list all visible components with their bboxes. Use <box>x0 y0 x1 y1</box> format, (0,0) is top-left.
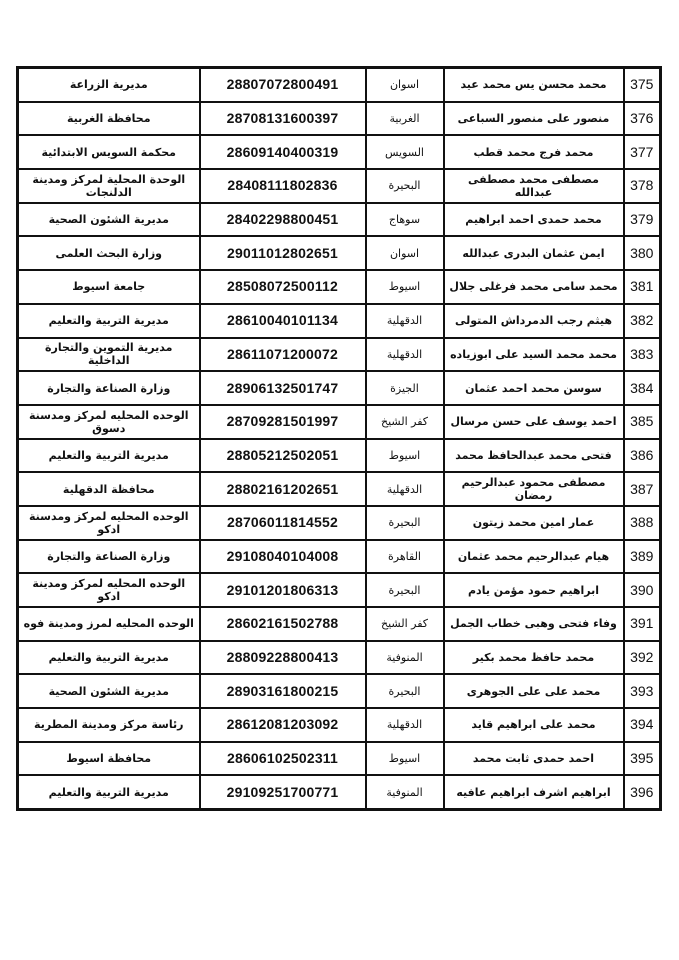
national-id-cell: 28606102502311 <box>200 742 366 776</box>
row-number-cell: 393 <box>624 674 661 708</box>
person-name-cell: مصطفى محمد مصطفى عبدالله <box>444 169 624 203</box>
national-id-cell: 28612081203092 <box>200 708 366 742</box>
organization-cell: مديرية التموين والتجارة الداخلية <box>18 338 200 372</box>
person-name-cell: محمد سامى محمد فرغلى جلال <box>444 270 624 304</box>
row-number-cell: 378 <box>624 169 661 203</box>
national-id-cell: 28508072500112 <box>200 270 366 304</box>
national-id-cell: 28402298800451 <box>200 203 366 237</box>
table-row: 389هيام عبدالرحيم محمد عثمانالقاهرة29108… <box>18 540 661 574</box>
row-number-cell: 385 <box>624 405 661 439</box>
governorate-cell: البحيرة <box>366 506 444 540</box>
governorate-cell: الدقهلية <box>366 708 444 742</box>
governorate-cell: الجيزة <box>366 371 444 405</box>
governorate-cell: البحيرة <box>366 674 444 708</box>
organization-cell: مديرية الزراعة <box>18 68 200 102</box>
row-number-cell: 376 <box>624 102 661 136</box>
table-row: 381محمد سامى محمد فرغلى جلالاسيوط2850807… <box>18 270 661 304</box>
national-id-cell: 28609140400319 <box>200 135 366 169</box>
row-number-cell: 395 <box>624 742 661 776</box>
governorate-cell: سوهاج <box>366 203 444 237</box>
table-row: 378مصطفى محمد مصطفى عبداللهالبحيرة284081… <box>18 169 661 203</box>
person-name-cell: مصطفى محمود عبدالرحيم رمضان <box>444 472 624 506</box>
row-number-cell: 383 <box>624 338 661 372</box>
national-id-cell: 28807072800491 <box>200 68 366 102</box>
person-name-cell: محمد على على الجوهرى <box>444 674 624 708</box>
governorate-cell: اسوان <box>366 68 444 102</box>
row-number-cell: 394 <box>624 708 661 742</box>
table-row: 394محمد على ابراهيم قايدالدقهلية28612081… <box>18 708 661 742</box>
person-name-cell: هيام عبدالرحيم محمد عثمان <box>444 540 624 574</box>
row-number-cell: 390 <box>624 573 661 607</box>
national-id-cell: 29108040104008 <box>200 540 366 574</box>
national-id-cell: 28906132501747 <box>200 371 366 405</box>
organization-cell: مديرية الشئون الصحية <box>18 203 200 237</box>
row-number-cell: 396 <box>624 775 661 809</box>
organization-cell: الوحدة المحلية لمركز ومدينة الدلنجات <box>18 169 200 203</box>
organization-cell: مديرية الشئون الصحية <box>18 674 200 708</box>
table-row: 396ابراهيم اشرف ابراهيم عافيهالمنوفية291… <box>18 775 661 809</box>
person-name-cell: محمد حمدى احمد ابراهيم <box>444 203 624 237</box>
organization-cell: رئاسة مركز ومدينة المطرية <box>18 708 200 742</box>
organization-cell: مديرية التربية والتعليم <box>18 439 200 473</box>
national-id-cell: 28802161202651 <box>200 472 366 506</box>
national-id-cell: 29101201806313 <box>200 573 366 607</box>
organization-cell: وزارة الصناعة والتجارة <box>18 540 200 574</box>
national-id-cell: 28903161800215 <box>200 674 366 708</box>
row-number-cell: 380 <box>624 236 661 270</box>
national-id-cell: 28408111802836 <box>200 169 366 203</box>
table-row: 390ابراهيم حمود مؤمن يادمالبحيرة29101201… <box>18 573 661 607</box>
national-id-cell: 29109251700771 <box>200 775 366 809</box>
national-id-cell: 28709281501997 <box>200 405 366 439</box>
national-id-cell: 28805212502051 <box>200 439 366 473</box>
row-number-cell: 387 <box>624 472 661 506</box>
table-row: 393محمد على على الجوهرىالبحيرة2890316180… <box>18 674 661 708</box>
table-row: 377محمد فرج محمد قطبالسويس28609140400319… <box>18 135 661 169</box>
row-number-cell: 391 <box>624 607 661 641</box>
governorate-cell: القاهرة <box>366 540 444 574</box>
person-name-cell: محمد فرج محمد قطب <box>444 135 624 169</box>
organization-cell: الوحده المحليه لمرز ومدينة فوه <box>18 607 200 641</box>
national-id-cell: 28602161502788 <box>200 607 366 641</box>
governorate-cell: كفر الشيخ <box>366 405 444 439</box>
table-row: 388عمار امين محمد زيتونالبحيرة2870601181… <box>18 506 661 540</box>
organization-cell: محافظة الغربية <box>18 102 200 136</box>
national-id-cell: 28611071200072 <box>200 338 366 372</box>
person-name-cell: ابراهيم حمود مؤمن يادم <box>444 573 624 607</box>
national-id-cell: 28706011814552 <box>200 506 366 540</box>
organization-cell: محكمة السويس الابتدائية <box>18 135 200 169</box>
table-row: 386فتحى محمد عبدالحافظ محمداسيوط28805212… <box>18 439 661 473</box>
governorate-cell: المنوفية <box>366 775 444 809</box>
row-number-cell: 386 <box>624 439 661 473</box>
table-row: 392محمد حافظ محمد بكيرالمنوفية2880922880… <box>18 641 661 675</box>
employees-table: 375محمد محسن يس محمد عيداسوان28807072800… <box>16 66 662 811</box>
row-number-cell: 382 <box>624 304 661 338</box>
person-name-cell: ابراهيم اشرف ابراهيم عافيه <box>444 775 624 809</box>
organization-cell: محافظة الدقهلية <box>18 472 200 506</box>
governorate-cell: الدقهلية <box>366 304 444 338</box>
row-number-cell: 379 <box>624 203 661 237</box>
organization-cell: جامعة اسيوط <box>18 270 200 304</box>
organization-cell: مديرية التربية والتعليم <box>18 641 200 675</box>
row-number-cell: 384 <box>624 371 661 405</box>
governorate-cell: الدقهلية <box>366 472 444 506</box>
governorate-cell: البحيرة <box>366 169 444 203</box>
person-name-cell: عمار امين محمد زيتون <box>444 506 624 540</box>
person-name-cell: سوسن محمد احمد عثمان <box>444 371 624 405</box>
person-name-cell: احمد حمدى ثابت محمد <box>444 742 624 776</box>
governorate-cell: المنوفية <box>366 641 444 675</box>
organization-cell: مديرية التربية والتعليم <box>18 775 200 809</box>
table-row: 375محمد محسن يس محمد عيداسوان28807072800… <box>18 68 661 102</box>
row-number-cell: 377 <box>624 135 661 169</box>
national-id-cell: 28809228800413 <box>200 641 366 675</box>
table-row: 384سوسن محمد احمد عثمانالجيزة28906132501… <box>18 371 661 405</box>
organization-cell: محافظة اسيوط <box>18 742 200 776</box>
person-name-cell: فتحى محمد عبدالحافظ محمد <box>444 439 624 473</box>
governorate-cell: البحيرة <box>366 573 444 607</box>
governorate-cell: الغربية <box>366 102 444 136</box>
person-name-cell: محمد محمد السيد على ابوزياده <box>444 338 624 372</box>
row-number-cell: 375 <box>624 68 661 102</box>
governorate-cell: الدقهلية <box>366 338 444 372</box>
person-name-cell: محمد على ابراهيم قايد <box>444 708 624 742</box>
governorate-cell: السويس <box>366 135 444 169</box>
national-id-cell: 29011012802651 <box>200 236 366 270</box>
governorate-cell: كفر الشيخ <box>366 607 444 641</box>
person-name-cell: محمد محسن يس محمد عيد <box>444 68 624 102</box>
person-name-cell: احمد يوسف على حسن مرسال <box>444 405 624 439</box>
table-row: 376منصور على منصور السباعىالغربية2870813… <box>18 102 661 136</box>
organization-cell: الوحده المحليه لمركز ومدينة ادكو <box>18 573 200 607</box>
table-row: 382هيثم رجب الدمرداش المتولىالدقهلية2861… <box>18 304 661 338</box>
organization-cell: مديرية التربية والتعليم <box>18 304 200 338</box>
table-row: 379محمد حمدى احمد ابراهيمسوهاج2840229880… <box>18 203 661 237</box>
table-row: 387مصطفى محمود عبدالرحيم رمضانالدقهلية28… <box>18 472 661 506</box>
national-id-cell: 28708131600397 <box>200 102 366 136</box>
person-name-cell: وفاء فتحى وهبى خطاب الجمل <box>444 607 624 641</box>
table-row: 395احمد حمدى ثابت محمداسيوط2860610250231… <box>18 742 661 776</box>
person-name-cell: منصور على منصور السباعى <box>444 102 624 136</box>
organization-cell: الوحده المحليه لمركز ومدسنة دسوق <box>18 405 200 439</box>
governorate-cell: اسيوط <box>366 439 444 473</box>
table-row: 380ايمن عثمان البدرى عبداللهاسوان2901101… <box>18 236 661 270</box>
governorate-cell: اسوان <box>366 236 444 270</box>
row-number-cell: 388 <box>624 506 661 540</box>
governorate-cell: اسيوط <box>366 742 444 776</box>
person-name-cell: ايمن عثمان البدرى عبدالله <box>444 236 624 270</box>
organization-cell: وزارة الصناعة والتجارة <box>18 371 200 405</box>
table-body: 375محمد محسن يس محمد عيداسوان28807072800… <box>18 68 661 810</box>
table-row: 391وفاء فتحى وهبى خطاب الجملكفر الشيخ286… <box>18 607 661 641</box>
person-name-cell: محمد حافظ محمد بكير <box>444 641 624 675</box>
organization-cell: الوحده المحليه لمركز ومدسنة ادكو <box>18 506 200 540</box>
organization-cell: وزارة البحث العلمى <box>18 236 200 270</box>
table-row: 383محمد محمد السيد على ابوزيادهالدقهلية2… <box>18 338 661 372</box>
national-id-cell: 28610040101134 <box>200 304 366 338</box>
table-row: 385احمد يوسف على حسن مرسالكفر الشيخ28709… <box>18 405 661 439</box>
row-number-cell: 381 <box>624 270 661 304</box>
row-number-cell: 389 <box>624 540 661 574</box>
person-name-cell: هيثم رجب الدمرداش المتولى <box>444 304 624 338</box>
governorate-cell: اسيوط <box>366 270 444 304</box>
row-number-cell: 392 <box>624 641 661 675</box>
